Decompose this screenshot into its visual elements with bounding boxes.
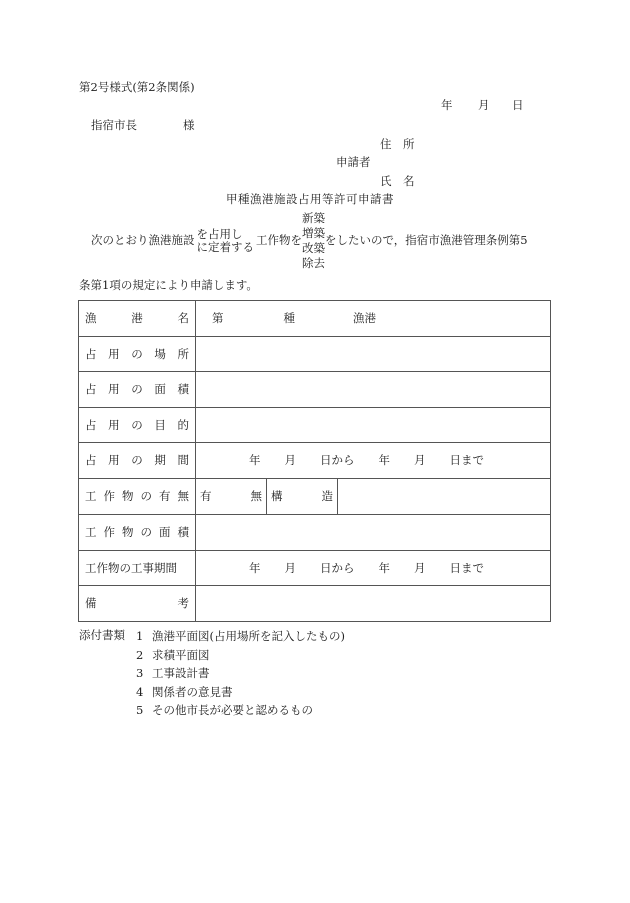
exists-choice[interactable]: 有 無 [196, 479, 266, 515]
body-part3: をしたいので，指宿市漁港管理条例第5 [325, 235, 528, 247]
attachments-label: 添付書類 [79, 630, 125, 642]
date-day: 日 [512, 100, 524, 112]
body-line2: 条第1項の規定により申請します。 [79, 280, 258, 292]
option-a: を占用し に定着する [197, 228, 255, 254]
table-row-remarks: 備考 [79, 586, 551, 622]
attachment-item: 5その他市長が必要と認めるもの [136, 701, 345, 720]
attachment-item: 3工事設計書 [136, 664, 345, 683]
structure-field[interactable] [337, 479, 550, 515]
body-sentence: 次のとおり漁港施設 を占用し に定着する 工作物を 新築 増築 改築 除去 をし… [91, 213, 528, 269]
label-location: 占用の場所 [79, 336, 196, 372]
name-label: 氏 名 [380, 176, 415, 188]
document-title: 甲種漁港施設占用等許可申請書 [226, 194, 394, 206]
structure-area-field[interactable] [196, 515, 551, 551]
label-area: 占用の面積 [79, 372, 196, 408]
applicant-label: 申請者 [336, 157, 371, 169]
attachments-list: 1漁港平面図(占用場所を記入したもの) 2求積平面図 3工事設計書 4関係者の意… [136, 627, 345, 720]
address-label: 住 所 [380, 139, 415, 151]
area-field[interactable] [196, 372, 551, 408]
port-name-field[interactable]: 第 種 漁港 [196, 301, 551, 337]
application-table: 漁港名 第 種 漁港 占用の場所 占用の面積 占用の目的 占用の期間 年 月 日… [78, 300, 551, 622]
body-part2: 工作物を [256, 235, 302, 247]
structure-exists-cell: 有 無 構造 [196, 478, 551, 515]
table-row-purpose: 占用の目的 [79, 407, 551, 443]
option-b-new: 新築 [302, 211, 325, 226]
label-purpose: 占用の目的 [79, 407, 196, 443]
option-a-fix: に定着する [197, 241, 255, 254]
label-port-name: 漁港名 [79, 301, 196, 337]
table-row-construction-period: 工作物の工事期間 年 月 日から 年 月 日まで [79, 550, 551, 586]
table-row-structure-area: 工作物の面積 [79, 515, 551, 551]
label-period: 占用の期間 [79, 443, 196, 479]
table-row-structure-exists: 工作物の有無 有 無 構造 [79, 478, 551, 515]
label-construction-period: 工作物の工事期間 [79, 550, 196, 586]
attachment-item: 4関係者の意見書 [136, 683, 345, 702]
addressee-honorific: 様 [183, 120, 195, 132]
port-class-kind: 種 [284, 310, 296, 326]
option-b: 新築 増築 改築 除去 [302, 211, 325, 271]
port-class-prefix: 第 [212, 310, 224, 326]
purpose-field[interactable] [196, 407, 551, 443]
exists-yes[interactable]: 有 [200, 488, 212, 504]
label-remarks: 備考 [79, 586, 196, 622]
attachment-item: 2求積平面図 [136, 646, 345, 665]
option-b-rebuild: 改築 [302, 241, 325, 256]
form-number: 第2号様式(第2条関係) [79, 82, 195, 94]
table-row-period: 占用の期間 年 月 日から 年 月 日まで [79, 443, 551, 479]
exists-no[interactable]: 無 [251, 488, 263, 504]
port-suffix: 漁港 [353, 310, 376, 326]
structure-label: 構造 [266, 479, 337, 515]
label-structure-exists: 工作物の有無 [79, 478, 196, 515]
remarks-field[interactable] [196, 586, 551, 622]
attachment-item: 1漁港平面図(占用場所を記入したもの) [136, 627, 345, 646]
body-part1: 次のとおり漁港施設 [91, 235, 195, 247]
table-row-port-name: 漁港名 第 種 漁港 [79, 301, 551, 337]
date-year: 年 [441, 100, 453, 112]
table-row-area: 占用の面積 [79, 372, 551, 408]
location-field[interactable] [196, 336, 551, 372]
addressee-name: 指宿市長 [91, 120, 137, 132]
construction-period-field[interactable]: 年 月 日から 年 月 日まで [196, 550, 551, 586]
label-structure-area: 工作物の面積 [79, 515, 196, 551]
option-b-remove: 除去 [302, 256, 325, 271]
date-month: 月 [478, 100, 490, 112]
table-row-location: 占用の場所 [79, 336, 551, 372]
option-b-extend: 増築 [302, 226, 325, 241]
period-field[interactable]: 年 月 日から 年 月 日まで [196, 443, 551, 479]
